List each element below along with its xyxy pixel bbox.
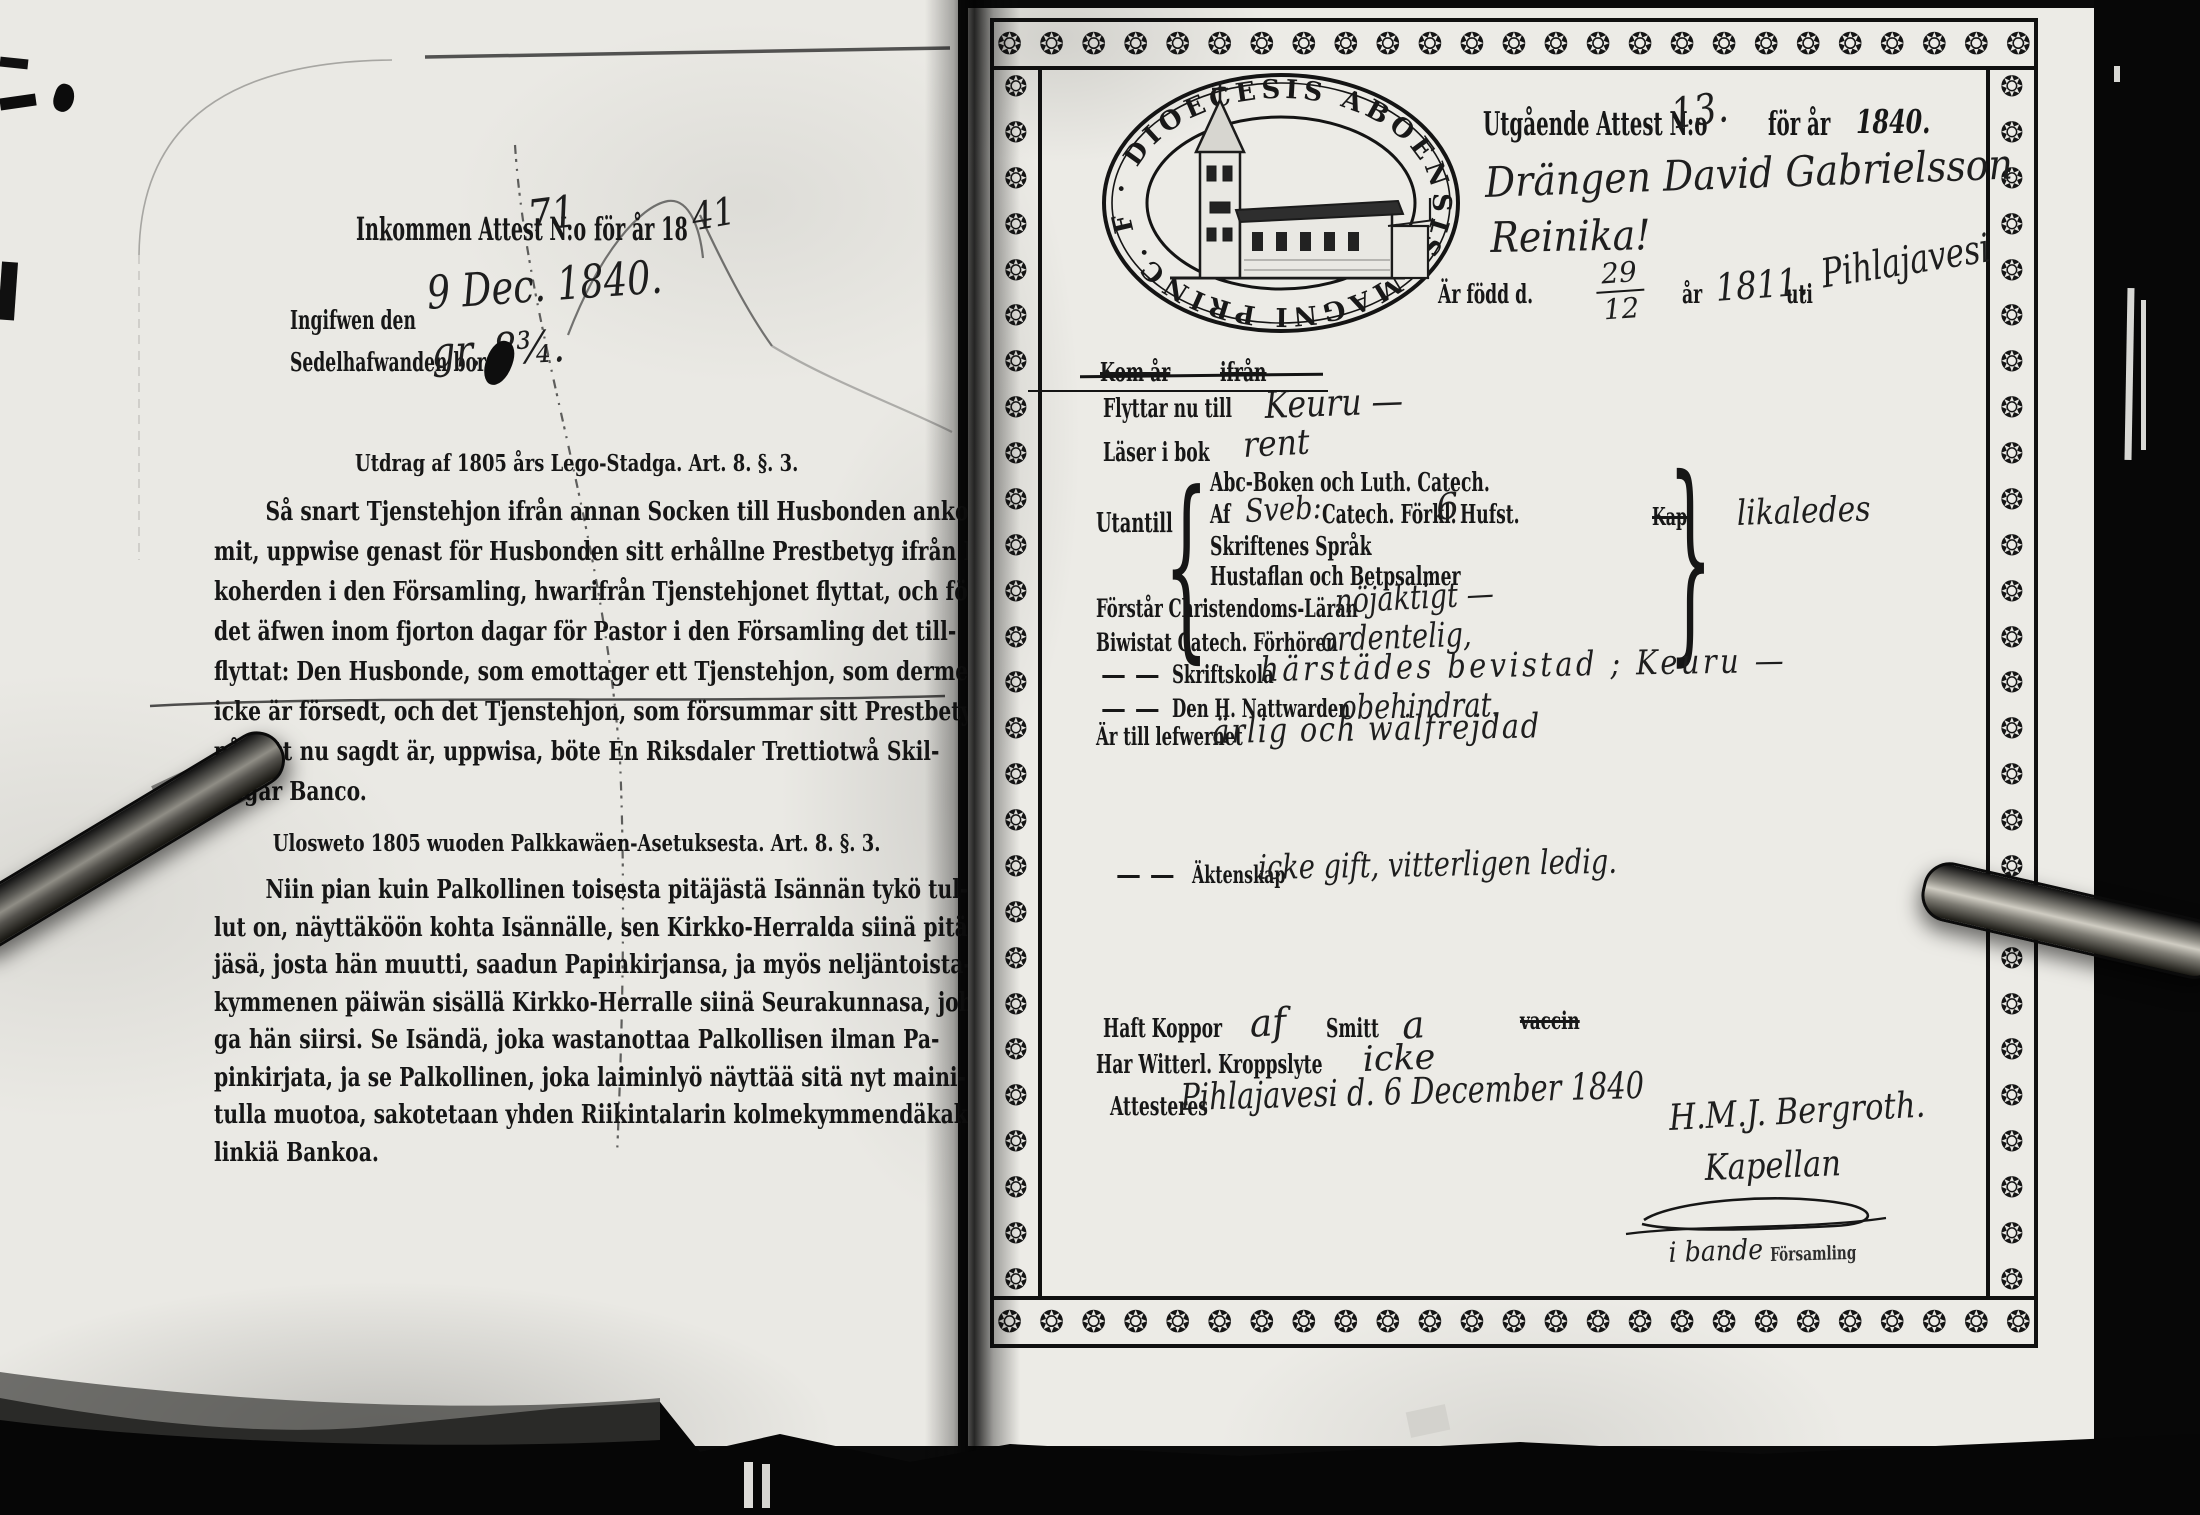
utantill-item2-hand: Sveb: [1244, 488, 1323, 530]
diocese-seal: · DIOECESIS ABOENSIS. MAGNI PRINC. FINL. [1100, 70, 1462, 338]
nattward-dash: — — [1101, 694, 1160, 723]
person-name-line2: Reinika! [1490, 210, 1651, 262]
aktenskap-dash: — — [1116, 860, 1175, 889]
text-line: Så snart Tjenstehjon ifrån annan Socken … [214, 492, 939, 532]
flyttar-label: Flyttar nu till [1103, 394, 1232, 424]
left-attest-number: 71 [525, 186, 578, 242]
text-line: det äfwen inom fjorton dagar för Pastor … [214, 612, 939, 652]
birth-label: Är född d. [1438, 280, 1533, 310]
utantill-item2-suffix: Hufst. [1460, 500, 1520, 530]
signature-flourish [1624, 1188, 1904, 1248]
signature-title: Kapellan [1704, 1143, 1842, 1189]
laser-value: rent [1242, 423, 1311, 466]
text-line: kymmenen päiwän sisällä Kirkko-Herralle … [214, 985, 939, 1023]
kom-row-base-line [1028, 390, 1328, 392]
lefwerne-value: ärlig och wälfrejdad [1212, 706, 1541, 752]
film-scratch [2114, 66, 2120, 82]
text-line: flyttat: Den Husbonde, som emottager ett… [214, 652, 939, 692]
attest-header-year: 1840. [1856, 102, 1930, 141]
film-scratch [2141, 300, 2146, 450]
text-line: Niin pian kuin Palkollinen toisesta pitä… [214, 872, 939, 910]
text-line: mit, uppwise genast för Husbonden sitt e… [214, 532, 939, 572]
finnish-statute-heading: Ulosweto 1805 wuoden Palkkawäen-Asetukse… [214, 830, 939, 857]
text-line: lingar Banco. [214, 772, 939, 812]
vaccin-struck: vaccin [1520, 1006, 1580, 1035]
flyttar-value: Keuru — [1264, 379, 1404, 427]
left-page: Inkommen Attest N:o 71 för år 18 41 Ingi… [0, 0, 958, 1446]
utantill-result: likaledes [1736, 489, 1871, 534]
kom-ar-label: Kom år [1100, 358, 1170, 388]
film-scratch [2124, 288, 2134, 460]
text-line: icke är försedt, och det Tjenstehjon, so… [214, 692, 939, 732]
text-line: ga hän siirsi. Se Isändä, joka wastanott… [214, 1022, 939, 1060]
attest-header-mid: för år [1768, 104, 1830, 143]
left-attest-year: 41 [688, 188, 739, 239]
skriftskola-label: Skriftskola [1172, 660, 1274, 689]
left-attest-header-mid: för år 18 [594, 210, 688, 248]
text-line: lut on, näyttäköön kohta Isännälle, sen … [214, 910, 939, 948]
text-line: pinkirjata, ja se Palkollinen, joka laim… [214, 1060, 939, 1098]
utantill-label: Utantill [1096, 508, 1173, 539]
swedish-statute-paragraph: Så snart Tjenstehjon ifrån annan Socken … [214, 492, 939, 812]
text-line: på sätt nu sagdt är, uppwisa, böte En Ri… [214, 732, 939, 772]
photograph-of-church-book-spread: Inkommen Attest N:o 71 för år 18 41 Ingi… [0, 0, 2200, 1515]
utantill-item2-prefix: Af [1210, 500, 1230, 530]
text-line: tulla muotoa, sakotetaan yhden Riikintal… [214, 1097, 939, 1135]
signature-note-printed: Församling [1770, 1242, 1857, 1266]
forstar-label: Förstår Christendoms-Läran [1096, 594, 1358, 623]
utantill-item2-number: 6 [1434, 486, 1461, 529]
person-name-line1: Drängen David Gabrielsson [1484, 140, 2014, 207]
photo-right-margin [2094, 0, 2200, 1515]
text-line: jäsä, josta hän muutti, saadun Papinkirj… [214, 947, 939, 985]
swedish-statute-heading: Utdrag af 1805 års Lego-Stadga. Art. 8. … [214, 450, 939, 477]
received-label: Ingifwen den [290, 306, 416, 336]
koppor-value: af [1248, 999, 1288, 1045]
text-line: koherden i den Församling, hwarifrån Tje… [214, 572, 939, 612]
attest-number: 13. [1668, 82, 1731, 138]
signature-name: H.M.J. Bergroth. [1668, 1085, 1926, 1139]
aktenskap-value: icke gift, vitterligen ledig. [1258, 842, 1617, 888]
utantill-item3: Skriftenes Språk [1210, 532, 1372, 562]
birth-place: Pihlajavesi [1818, 225, 1993, 297]
birth-date-fraction: 29 12 [1594, 255, 1646, 327]
birth-year-label: år [1682, 280, 1702, 310]
text-line: linkiä Bankoa. [214, 1135, 939, 1173]
birth-day: 29 [1594, 255, 1644, 294]
birth-place-label: uti [1786, 280, 1813, 310]
right-page-attest-form: ❂❂❂❂❂❂❂❂❂❂❂❂❂❂❂❂❂❂❂❂❂❂❂❂❂ ❂❂❂❂❂❂❂❂❂❂❂❂❂❂… [968, 8, 2098, 1446]
skriftskola-dash: — — [1101, 660, 1160, 689]
koppor-label: Haft Koppor [1103, 1014, 1222, 1044]
finnish-statute-paragraph: Niin pian kuin Palkollinen toisesta pitä… [214, 872, 939, 1172]
signature-note-hand: i bande [1668, 1233, 1764, 1269]
birth-month: 12 [1597, 291, 1647, 327]
